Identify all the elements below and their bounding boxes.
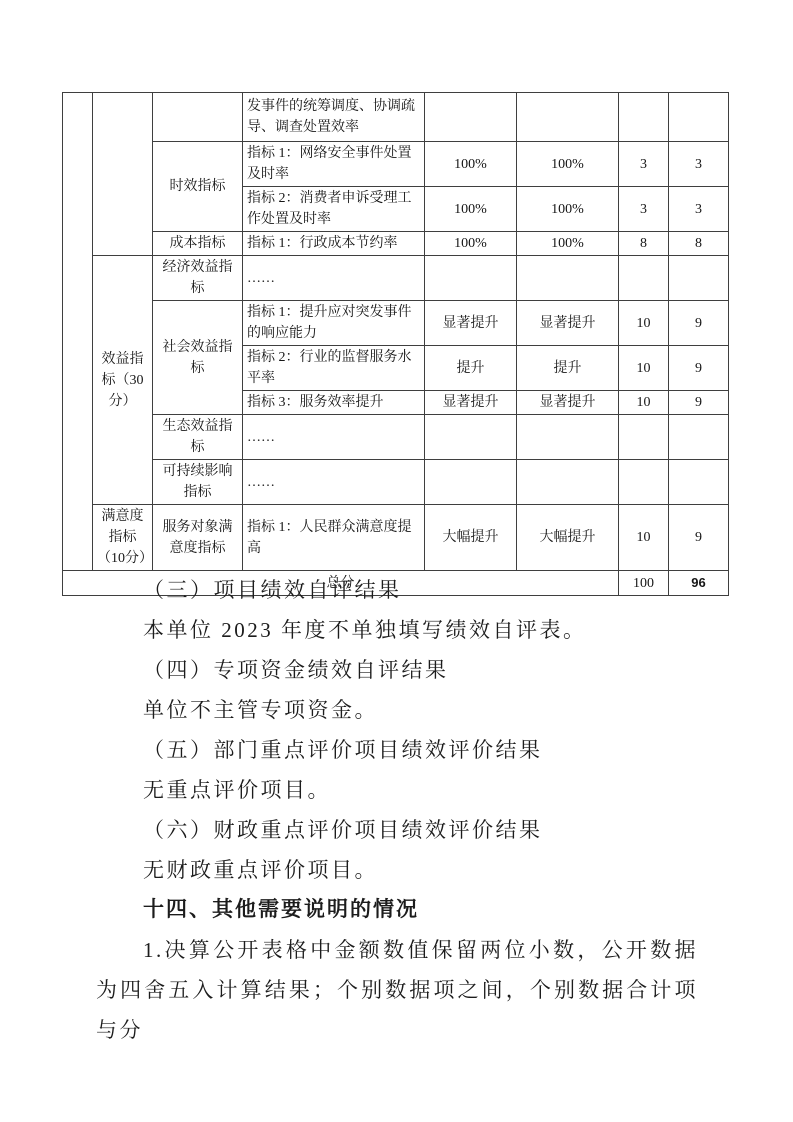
table-row: 时效指标 指标 1：网络安全事件处置及时率 100% 100% 3 3 xyxy=(63,142,729,187)
indicator-name-cell: 指标 3：服务效率提升 xyxy=(243,391,425,415)
points-cell xyxy=(619,415,669,460)
group-label-cell: 效益指标（30分） xyxy=(93,256,153,505)
table-row: 发事件的统筹调度、协调疏导、调查处置效率 xyxy=(63,93,729,142)
indicator-name-cell: 指标 1：行政成本节约率 xyxy=(243,232,425,256)
score-cell xyxy=(669,415,729,460)
section-6-body: 无财政重点评价项目。 xyxy=(96,850,698,890)
table-row: 成本指标 指标 1：行政成本节约率 100% 100% 8 8 xyxy=(63,232,729,256)
actual-value-cell xyxy=(517,256,619,301)
actual-value-cell: 100% xyxy=(517,142,619,187)
table-row: 可持续影响指标 …… xyxy=(63,460,729,505)
score-cell xyxy=(669,460,729,505)
annual-target-cell: 大幅提升 xyxy=(425,505,517,571)
points-cell xyxy=(619,460,669,505)
actual-value-cell: 100% xyxy=(517,232,619,256)
table-row: 效益指标（30分） 经济效益指标 …… xyxy=(63,256,729,301)
table-row: 满意度指标（10分） 服务对象满意度指标 指标 1：人民群众满意度提高 大幅提升… xyxy=(63,505,729,571)
annual-target-cell: 100% xyxy=(425,232,517,256)
performance-indicator-table: 发事件的统筹调度、协调疏导、调查处置效率 时效指标 指标 1：网络安全事件处置及… xyxy=(62,92,729,596)
left-spacer-cell xyxy=(63,93,93,571)
score-cell xyxy=(669,93,729,142)
indicator-name-cell: 指标 1：人民群众满意度提高 xyxy=(243,505,425,571)
score-cell: 8 xyxy=(669,232,729,256)
subgroup-label-cell: 服务对象满意度指标 xyxy=(153,505,243,571)
indicator-name-cell: 指标 1：提升应对突发事件的响应能力 xyxy=(243,301,425,346)
section-4-heading: （四）专项资金绩效自评结果 xyxy=(96,650,698,690)
section-14-note-paragraph: 1.决算公开表格中金额数值保留两位小数，公开数据为四舍五入计算结果；个别数据项之… xyxy=(96,930,698,1050)
subgroup-label-cell xyxy=(153,93,243,142)
actual-value-cell xyxy=(517,93,619,142)
indicator-name-cell: …… xyxy=(243,460,425,505)
document-page: 发事件的统筹调度、协调疏导、调查处置效率 时效指标 指标 1：网络安全事件处置及… xyxy=(0,0,793,1122)
indicator-name-cell: 指标 1：网络安全事件处置及时率 xyxy=(243,142,425,187)
section-5-heading: （五）部门重点评价项目绩效评价结果 xyxy=(96,730,698,770)
points-cell: 10 xyxy=(619,391,669,415)
table-row: 生态效益指标 …… xyxy=(63,415,729,460)
subgroup-label-cell: 生态效益指标 xyxy=(153,415,243,460)
points-cell: 3 xyxy=(619,142,669,187)
subgroup-label-cell: 时效指标 xyxy=(153,142,243,232)
subgroup-label-cell: 成本指标 xyxy=(153,232,243,256)
annual-target-cell xyxy=(425,415,517,460)
annual-target-cell xyxy=(425,256,517,301)
actual-value-cell: 100% xyxy=(517,187,619,232)
section-3-heading: （三）项目绩效自评结果 xyxy=(96,570,698,610)
points-cell xyxy=(619,256,669,301)
points-cell: 10 xyxy=(619,346,669,391)
indicator-name-cell: 指标 2：行业的监督服务水平率 xyxy=(243,346,425,391)
actual-value-cell: 提升 xyxy=(517,346,619,391)
annual-target-cell: 100% xyxy=(425,187,517,232)
indicator-name-cell: 发事件的统筹调度、协调疏导、调查处置效率 xyxy=(243,93,425,142)
annual-target-cell xyxy=(425,93,517,142)
score-cell xyxy=(669,256,729,301)
group-label-cell: 满意度指标（10分） xyxy=(93,505,153,571)
actual-value-cell: 大幅提升 xyxy=(517,505,619,571)
indicator-name-cell: …… xyxy=(243,256,425,301)
points-cell: 10 xyxy=(619,505,669,571)
table-row: 社会效益指标 指标 1：提升应对突发事件的响应能力 显著提升 显著提升 10 9 xyxy=(63,301,729,346)
annual-target-cell: 100% xyxy=(425,142,517,187)
score-cell: 9 xyxy=(669,391,729,415)
actual-value-cell: 显著提升 xyxy=(517,391,619,415)
actual-value-cell: 显著提升 xyxy=(517,301,619,346)
actual-value-cell xyxy=(517,460,619,505)
subgroup-label-cell: 社会效益指标 xyxy=(153,301,243,415)
score-cell: 9 xyxy=(669,301,729,346)
subgroup-label-cell: 可持续影响指标 xyxy=(153,460,243,505)
points-cell: 10 xyxy=(619,301,669,346)
body-text-block: （三）项目绩效自评结果 本单位 2023 年度不单独填写绩效自评表。 （四）专项… xyxy=(96,570,698,1050)
indicator-name-cell: …… xyxy=(243,415,425,460)
annual-target-cell xyxy=(425,460,517,505)
score-cell: 3 xyxy=(669,142,729,187)
section-5-body: 无重点评价项目。 xyxy=(96,770,698,810)
score-cell: 3 xyxy=(669,187,729,232)
score-cell: 9 xyxy=(669,346,729,391)
section-3-body: 本单位 2023 年度不单独填写绩效自评表。 xyxy=(96,610,698,650)
subgroup-label-cell: 经济效益指标 xyxy=(153,256,243,301)
annual-target-cell: 显著提升 xyxy=(425,301,517,346)
indicator-name-cell: 指标 2：消费者申诉受理工作处置及时率 xyxy=(243,187,425,232)
annual-target-cell: 提升 xyxy=(425,346,517,391)
points-cell xyxy=(619,93,669,142)
actual-value-cell xyxy=(517,415,619,460)
score-cell: 9 xyxy=(669,505,729,571)
section-14-heading: 十四、其他需要说明的情况 xyxy=(96,890,698,930)
section-6-heading: （六）财政重点评价项目绩效评价结果 xyxy=(96,810,698,850)
group-label-cell xyxy=(93,93,153,256)
points-cell: 3 xyxy=(619,187,669,232)
points-cell: 8 xyxy=(619,232,669,256)
annual-target-cell: 显著提升 xyxy=(425,391,517,415)
section-4-body: 单位不主管专项资金。 xyxy=(96,690,698,730)
